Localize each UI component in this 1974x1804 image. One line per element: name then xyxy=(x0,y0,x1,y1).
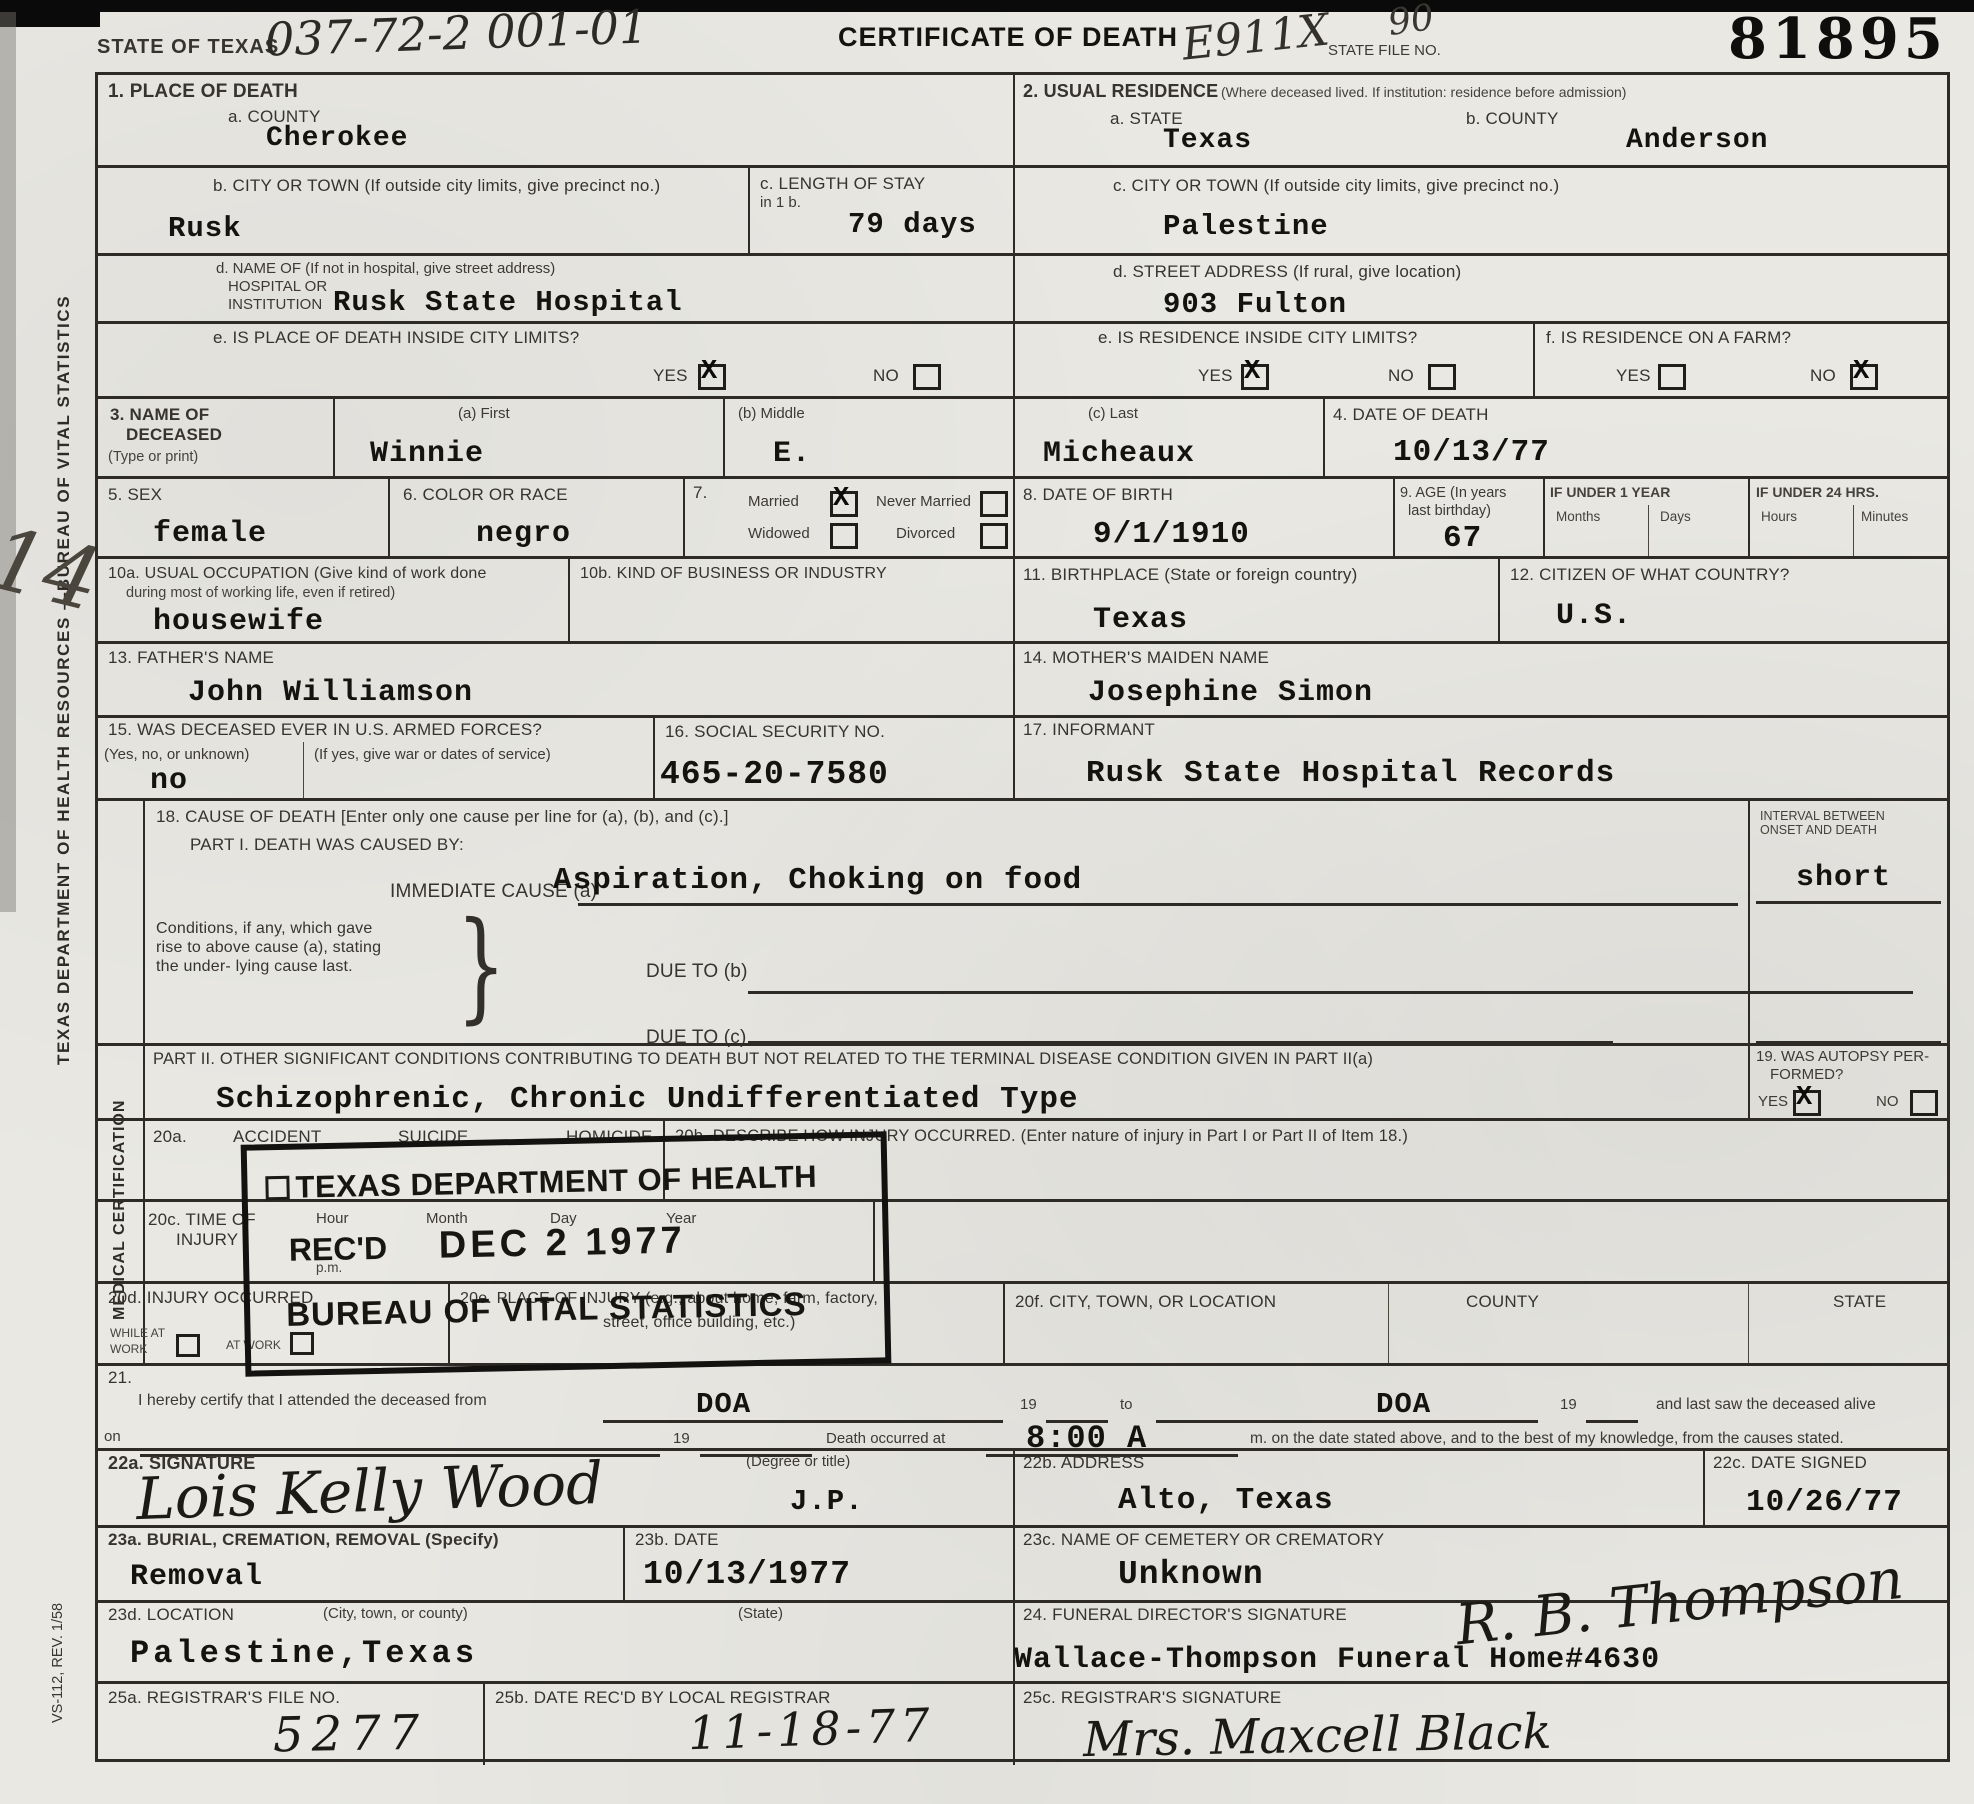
while-at-work-label-2: WORK xyxy=(110,1342,147,1356)
first-name-value: Winnie xyxy=(370,437,484,471)
time-of-injury-label: 20c. TIME OF xyxy=(148,1210,256,1230)
name-title-1: 3. NAME OF xyxy=(110,405,209,425)
state-of-texas-label: STATE OF TEXAS xyxy=(97,36,279,59)
registrar-file-value: 5277 xyxy=(273,1705,428,1764)
checkbox-x-mark: X xyxy=(833,486,849,513)
residence-county-value: Anderson xyxy=(1626,125,1768,156)
to-label: to xyxy=(1120,1396,1133,1413)
hospital-value: Rusk State Hospital xyxy=(333,286,683,319)
citizen-label: 12. CITIZEN OF WHAT COUNTRY? xyxy=(1510,565,1790,585)
divider xyxy=(1003,1284,1005,1363)
registrar-signature-value: Mrs. Maxcell Black xyxy=(1083,1704,1552,1768)
occupation-value: housewife xyxy=(153,605,324,639)
length-of-stay-value: 79 days xyxy=(848,208,977,241)
citizen-value: U.S. xyxy=(1556,599,1632,633)
marital-number-label: 7. xyxy=(693,483,708,503)
divider xyxy=(1013,644,1015,715)
injury-city-label: 20f. CITY, TOWN, OR LOCATION xyxy=(1015,1292,1276,1312)
part1-label: PART I. DEATH WAS CAUSED BY: xyxy=(190,835,464,855)
autopsy-label: 19. WAS AUTOPSY PER- xyxy=(1756,1048,1929,1065)
farm-no-checkbox: X xyxy=(1850,364,1878,390)
certify-text: I hereby certify that I attended the dec… xyxy=(138,1392,487,1410)
part2-label: PART II. OTHER SIGNIFICANT CONDITIONS CO… xyxy=(153,1050,1738,1069)
residence-city-value: Palestine xyxy=(1163,210,1329,243)
accident-number-label: 20a. xyxy=(153,1127,187,1147)
row-part2: PART II. OTHER SIGNIFICANT CONDITIONS CO… xyxy=(98,1043,1947,1118)
never-married-checkbox xyxy=(980,491,1008,517)
stamp-bureau: BUREAU OF VITAL STATISTICS xyxy=(286,1285,807,1334)
stamp-title: TEXAS DEPARTMENT OF HEALTH xyxy=(295,1159,817,1206)
divider xyxy=(1013,75,1015,165)
residence-state-value: Texas xyxy=(1163,125,1252,156)
state-file-number: 81895 xyxy=(1728,6,1948,72)
residence-limits-no-label: NO xyxy=(1388,366,1414,386)
date-signed-label: 22c. DATE SIGNED xyxy=(1713,1453,1867,1473)
married-label: Married xyxy=(748,493,799,510)
divider xyxy=(1013,479,1015,556)
residence-county-label: b. COUNTY xyxy=(1466,109,1558,129)
place-of-death-title: 1. PLACE OF DEATH xyxy=(108,81,298,103)
divider xyxy=(1748,1046,1750,1118)
divider xyxy=(623,1528,625,1600)
part2-value: Schizophrenic, Chronic Undifferentiated … xyxy=(216,1082,1079,1117)
year-line-b xyxy=(1586,1420,1638,1423)
father-label: 13. FATHER'S NAME xyxy=(108,648,274,668)
due-to-b-line xyxy=(748,991,1913,994)
year-19-c: 19 xyxy=(673,1430,690,1447)
farm-yes-checkbox xyxy=(1658,364,1686,390)
residence-limits-yes-checkbox: X xyxy=(1241,364,1269,390)
row-cause-of-death: 18. CAUSE OF DEATH [Enter only one cause… xyxy=(98,798,1947,1043)
father-value: John Williamson xyxy=(188,676,473,710)
age-label-2: last birthday) xyxy=(1408,503,1491,519)
last-name-value: Micheaux xyxy=(1043,437,1195,471)
checkbox-x-mark: X xyxy=(1853,359,1869,386)
form-code-vertical-label: VS-112, REV. 1/58 xyxy=(40,1555,76,1770)
attended-from-line xyxy=(603,1420,1003,1423)
divider xyxy=(1543,479,1545,556)
divider xyxy=(723,399,725,476)
occupation-label: 10a. USUAL OCCUPATION (Give kind of work… xyxy=(108,565,487,583)
row-parents: 13. FATHER'S NAME John Williamson 14. MO… xyxy=(98,641,1947,715)
first-name-label: (a) First xyxy=(458,405,510,422)
divider xyxy=(1648,505,1649,556)
row-place-residence: 1. PLACE OF DEATH a. COUNTY Cherokee 2. … xyxy=(98,75,1947,165)
checkbox-x-mark: X xyxy=(1244,359,1260,386)
conditions-brace: } xyxy=(456,907,506,1027)
length-of-stay-label: c. LENGTH OF STAY xyxy=(760,174,925,194)
months-label: Months xyxy=(1556,509,1600,524)
last-name-label: (c) Last xyxy=(1088,405,1138,422)
burial-label: 23a. BURIAL, CREMATION, REMOVAL (Specify… xyxy=(108,1530,499,1550)
death-city-limits-label: e. IS PLACE OF DEATH INSIDE CITY LIMITS? xyxy=(213,328,579,348)
divider xyxy=(1533,324,1535,396)
autopsy-no-label: NO xyxy=(1876,1093,1899,1110)
address-value: Alto, Texas xyxy=(1118,1483,1334,1518)
interval-label: INTERVAL BETWEEN ONSET AND DEATH xyxy=(1760,809,1930,837)
armed-forces-value: no xyxy=(150,764,188,798)
row-forces-ssn: 15. WAS DECEASED EVER IN U.S. ARMED FORC… xyxy=(98,715,1947,798)
row-city-limits: e. IS PLACE OF DEATH INSIDE CITY LIMITS?… xyxy=(98,321,1947,396)
death-occurred-label: Death occurred at xyxy=(826,1430,945,1447)
handwritten-file-code: 037-72-2 001-01 xyxy=(264,0,649,67)
divorced-checkbox xyxy=(980,523,1008,549)
stamp-recd: REC'D xyxy=(288,1230,387,1269)
page-title: CERTIFICATE OF DEATH xyxy=(838,22,1178,53)
divider xyxy=(333,399,335,476)
street-label: d. STREET ADDRESS (If rural, give locati… xyxy=(1113,262,1461,282)
usual-residence-title: 2. USUAL RESIDENCE xyxy=(1023,81,1218,102)
funeral-director-label: 24. FUNERAL DIRECTOR'S SIGNATURE xyxy=(1023,1605,1347,1625)
handwritten-note-2: 90 xyxy=(1385,0,1436,44)
row-certification: 21. I hereby certify that I attended the… xyxy=(98,1363,1947,1448)
divider xyxy=(1013,168,1015,253)
checkbox-x-mark: X xyxy=(1796,1085,1812,1112)
divider xyxy=(1388,1284,1389,1363)
divider xyxy=(568,559,570,641)
hospital-label-3: INSTITUTION xyxy=(228,296,322,313)
hospital-label-2: HOSPITAL OR xyxy=(228,278,327,295)
if-under-24-hrs-label: IF UNDER 24 HRS. xyxy=(1756,484,1879,500)
injury-county-label: COUNTY xyxy=(1466,1292,1539,1312)
burial-date-label: 23b. DATE xyxy=(635,1530,719,1550)
row-sex-race: 5. SEX female 6. COLOR OR RACE negro 7. … xyxy=(98,476,1947,556)
scan-left-band xyxy=(0,12,16,912)
row-name: 3. NAME OF DECEASED (Type or print) (a) … xyxy=(98,396,1947,476)
row-hospital-street: d. NAME OF (If not in hospital, give str… xyxy=(98,253,1947,321)
funeral-home-value: Wallace-Thompson Funeral Home#4630 xyxy=(1014,1643,1660,1677)
year-19-a: 19 xyxy=(1020,1396,1037,1413)
city-label: b. CITY OR TOWN (If outside city limits,… xyxy=(213,176,660,196)
due-to-b-label: DUE TO (b) xyxy=(646,961,748,983)
certificate-form: MEDICAL CERTIFICATION 1. PLACE OF DEATH … xyxy=(95,72,1950,1762)
farm-no-label: NO xyxy=(1810,366,1836,386)
divider xyxy=(748,168,750,253)
hospital-label: d. NAME OF (If not in hospital, give str… xyxy=(216,260,555,277)
farm-yes-label: YES xyxy=(1616,366,1651,386)
divider xyxy=(483,1684,485,1765)
degree-title-label: (Degree or title) xyxy=(746,1453,850,1470)
divider xyxy=(1013,559,1015,641)
county-value: Cherokee xyxy=(266,123,408,154)
interval-value: short xyxy=(1796,861,1891,895)
divider xyxy=(653,718,655,798)
never-married-label: Never Married xyxy=(876,493,971,510)
divider xyxy=(1013,1451,1015,1525)
registrar-signature-label: 25c. REGISTRAR'S SIGNATURE xyxy=(1023,1688,1281,1708)
ssn-label: 16. SOCIAL SECURITY NO. xyxy=(665,722,885,742)
death-limits-no-label: NO xyxy=(873,366,899,386)
date-of-death-value: 10/13/77 xyxy=(1393,435,1550,470)
autopsy-label-2: FORMED? xyxy=(1770,1066,1843,1083)
location-sub2: (State) xyxy=(738,1605,783,1622)
location-value: Palestine,Texas xyxy=(130,1635,478,1672)
divider xyxy=(1393,479,1395,556)
cemetery-value: Unknown xyxy=(1118,1556,1264,1593)
death-limits-no-checkbox xyxy=(913,364,941,390)
row-occupation: 10a. USUAL OCCUPATION (Give kind of work… xyxy=(98,556,1947,641)
age-label: 9. AGE (In years xyxy=(1400,485,1506,501)
divider xyxy=(1853,505,1854,556)
street-value: 903 Fulton xyxy=(1163,288,1347,321)
name-title-2: DECEASED xyxy=(126,425,222,445)
divider xyxy=(1013,256,1015,321)
burial-value: Removal xyxy=(130,1560,263,1594)
cemetery-label: 23c. NAME OF CEMETERY OR CREMATORY xyxy=(1023,1530,1384,1550)
year-19-b: 19 xyxy=(1560,1396,1577,1413)
divider xyxy=(1013,718,1015,798)
widowed-checkbox xyxy=(830,523,858,549)
divider xyxy=(1498,559,1500,641)
residence-limits-yes-label: YES xyxy=(1198,366,1233,386)
row-signature: 22a. SIGNATURE (Degree or title) Lois Ke… xyxy=(98,1448,1947,1525)
divider xyxy=(1323,399,1325,476)
stamp-date: DEC 2 1977 xyxy=(438,1219,686,1267)
row-registrar: 25a. REGISTRAR'S FILE NO. 5277 25b. DATE… xyxy=(98,1681,1947,1765)
cause-of-death-title: 18. CAUSE OF DEATH [Enter only one cause… xyxy=(156,807,729,827)
checkbox-x-mark: X xyxy=(701,359,717,386)
widowed-label: Widowed xyxy=(748,525,810,542)
if-under-1-year-label: IF UNDER 1 YEAR xyxy=(1550,484,1670,500)
autopsy-yes-label: YES xyxy=(1758,1093,1788,1110)
divider xyxy=(1748,1284,1749,1363)
name-title-3: (Type or print) xyxy=(108,449,198,465)
death-time-value: 8:00 A xyxy=(1026,1420,1147,1457)
last-saw-text: and last saw the deceased alive xyxy=(1656,1396,1876,1414)
item-21-label: 21. xyxy=(108,1368,132,1388)
divider xyxy=(1748,801,1750,1043)
dob-label: 8. DATE OF BIRTH xyxy=(1023,485,1173,505)
middle-name-value: E. xyxy=(773,437,811,471)
armed-forces-sub2: (If yes, give war or dates of service) xyxy=(314,746,551,763)
on-label: on xyxy=(104,1428,121,1445)
date-of-death-label: 4. DATE OF DEATH xyxy=(1333,405,1489,425)
burial-date-value: 10/13/1977 xyxy=(643,1556,851,1593)
death-limits-yes-checkbox: X xyxy=(698,364,726,390)
birthplace-value: Texas xyxy=(1093,603,1188,637)
divorced-label: Divorced xyxy=(896,525,955,542)
birthplace-label: 11. BIRTHPLACE (State or foreign country… xyxy=(1023,565,1358,585)
divider xyxy=(1013,1684,1015,1765)
business-label: 10b. KIND OF BUSINESS OR INDUSTRY xyxy=(580,565,887,583)
sex-value: female xyxy=(153,517,267,551)
handwritten-note: E911X xyxy=(1180,4,1332,70)
while-at-work-checkbox xyxy=(176,1334,200,1357)
attended-to-line xyxy=(1156,1420,1538,1423)
stamp-square xyxy=(265,1176,289,1200)
armed-forces-label: 15. WAS DECEASED EVER IN U.S. ARMED FORC… xyxy=(108,720,542,740)
age-value: 67 xyxy=(1443,521,1482,556)
days-label: Days xyxy=(1660,509,1691,524)
minutes-label: Minutes xyxy=(1861,509,1908,524)
autopsy-no-checkbox xyxy=(1910,1090,1938,1116)
residence-limits-label: e. IS RESIDENCE INSIDE CITY LIMITS? xyxy=(1098,328,1417,348)
informant-value: Rusk State Hospital Records xyxy=(1086,756,1615,791)
divider xyxy=(1703,1451,1705,1525)
mother-value: Josephine Simon xyxy=(1088,676,1373,710)
location-sub1: (City, town, or county) xyxy=(323,1605,468,1622)
race-label: 6. COLOR OR RACE xyxy=(403,485,568,505)
city-value: Rusk xyxy=(168,212,242,245)
occupation-label-2: during most of working life, even if ret… xyxy=(126,585,395,601)
autopsy-yes-checkbox: X xyxy=(1793,1090,1821,1116)
usual-residence-subtitle: (Where deceased lived. If institution: r… xyxy=(1221,84,1626,100)
interval-line xyxy=(1756,901,1941,904)
immediate-cause-line xyxy=(578,903,1738,906)
residence-limits-no-checkbox xyxy=(1428,364,1456,390)
hours-label: Hours xyxy=(1761,509,1797,524)
attended-to-value: DOA xyxy=(1376,1388,1431,1421)
mother-label: 14. MOTHER'S MAIDEN NAME xyxy=(1023,648,1269,668)
received-stamp: TEXAS DEPARTMENT OF HEALTH REC'D DEC 2 1… xyxy=(241,1131,892,1376)
date-signed-value: 10/26/77 xyxy=(1746,1485,1903,1520)
degree-value: J.P. xyxy=(790,1485,864,1518)
divider xyxy=(1013,1528,1015,1600)
department-vertical-label: TEXAS DEPARTMENT OF HEALTH RESOURCES —BU… xyxy=(44,225,84,1135)
immediate-cause-value: Aspiration, Choking on food xyxy=(553,863,1082,898)
divider xyxy=(303,742,304,798)
row-city: b. CITY OR TOWN (If outside city limits,… xyxy=(98,165,1947,253)
sex-label: 5. SEX xyxy=(108,485,162,505)
dob-value: 9/1/1910 xyxy=(1093,517,1250,552)
margin-scribble: 14 xyxy=(0,508,110,632)
ssn-value: 465-20-7580 xyxy=(660,756,889,793)
death-certificate-scan: STATE OF TEXAS 037-72-2 001-01 CERTIFICA… xyxy=(0,0,1974,1804)
armed-forces-sub1: (Yes, no, or unknown) xyxy=(104,746,249,763)
residence-farm-label: f. IS RESIDENCE ON A FARM? xyxy=(1546,328,1791,348)
divider xyxy=(1748,479,1750,556)
race-value: negro xyxy=(476,517,571,551)
causes-stated-text: m. on the date stated above, and to the … xyxy=(1250,1430,1844,1448)
death-limits-yes-label: YES xyxy=(653,366,688,386)
divider xyxy=(683,479,685,556)
residence-city-label: c. CITY OR TOWN (If outside city limits,… xyxy=(1113,176,1559,196)
length-of-stay-sub: in 1 b. xyxy=(760,194,801,211)
married-checkbox: X xyxy=(830,491,858,517)
while-at-work-label: WHILE AT xyxy=(110,1326,165,1340)
state-file-no-label: STATE FILE NO. xyxy=(1328,42,1441,59)
injury-state-label: STATE xyxy=(1833,1292,1886,1312)
attended-from-value: DOA xyxy=(696,1388,751,1421)
divider xyxy=(388,479,390,556)
scan-top-bar xyxy=(0,0,1974,12)
divider xyxy=(1013,324,1015,396)
date-recd-value: 11-18-77 xyxy=(687,1698,935,1761)
registrar-file-label: 25a. REGISTRAR'S FILE NO. xyxy=(108,1688,340,1708)
time-of-injury-label-2: INJURY xyxy=(176,1230,238,1250)
informant-label: 17. INFORMANT xyxy=(1023,720,1155,740)
divider xyxy=(1013,399,1015,476)
conditions-note: Conditions, if any, which gave rise to a… xyxy=(156,919,391,976)
location-label: 23d. LOCATION xyxy=(108,1605,234,1625)
middle-name-label: (b) Middle xyxy=(738,405,805,422)
